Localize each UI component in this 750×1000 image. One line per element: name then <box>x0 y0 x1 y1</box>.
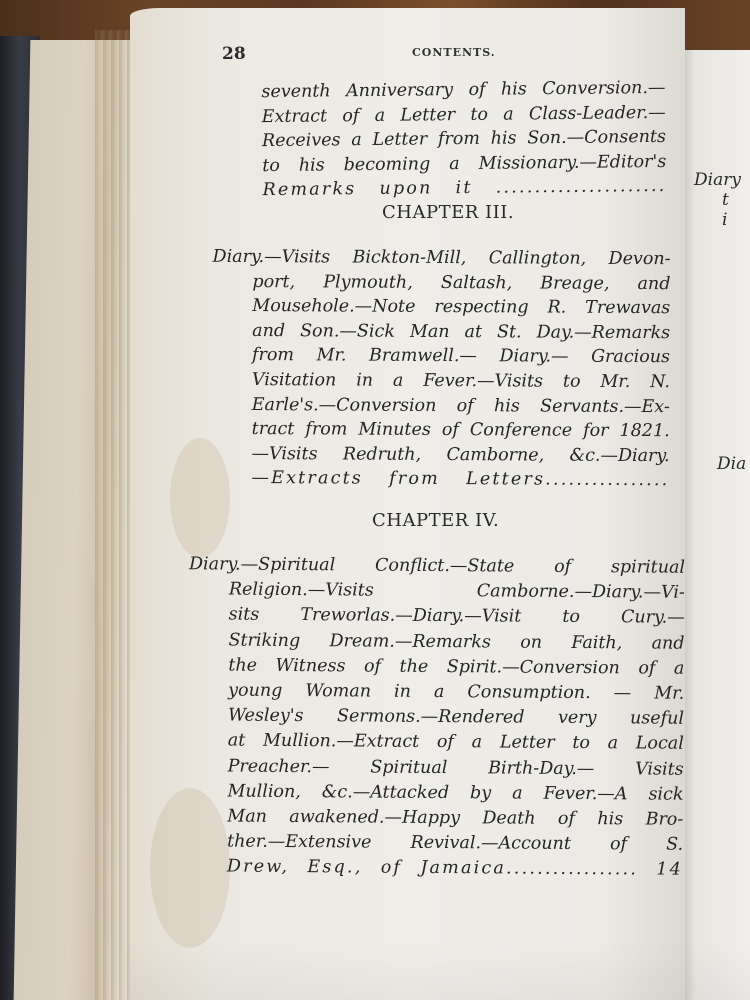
entry-line: ther.—Extensive Revival.—Account of S. <box>187 830 683 859</box>
entry-line: Remarks upon it ...................... <box>262 174 666 203</box>
entry-line: at Mullion.—Extract of a Letter to a Loc… <box>188 729 684 758</box>
right-page-fragment: i <box>722 210 727 230</box>
entry-line: Diary.—Spiritual Conflict.—State of spir… <box>189 552 685 581</box>
page-shadow <box>130 940 750 1000</box>
right-page-fragment: Dia <box>717 454 746 474</box>
chapter-entry: Diary.—Visits Bickton-Mill, Callington, … <box>211 245 670 493</box>
continuation-entry: seventh Anniversary of his Conversion.— … <box>261 76 666 203</box>
chapter-title: CHAPTER III. <box>382 202 514 223</box>
entry-line: Man awakened.—Happy Death of his Bro- <box>187 804 683 833</box>
entry-line: young Woman in a Consumption. — Mr. <box>188 678 684 707</box>
entry-line: —Visits Redruth, Camborne, &c.—Diary. <box>211 442 669 469</box>
entry-line: and Son.—Sick Man at St. Day.—Remarks <box>212 319 670 346</box>
entry-line: Earle's.—Conversion of his Servants.—Ex- <box>212 392 670 419</box>
entry-line: port, Plymouth, Saltash, Breage, and <box>212 269 670 296</box>
entry-line: Drew, Esq., of Jamaica................. … <box>187 855 683 884</box>
right-page: Diary t i Dia <box>682 50 750 1000</box>
entry-line: the Witness of the Spirit.—Conversion of… <box>188 653 684 682</box>
page-number: 28 <box>222 44 246 64</box>
entry-line: from Mr. Bramwell.— Diary.— Gracious <box>212 343 670 370</box>
right-page-fragment: Diary <box>694 170 741 190</box>
entry-line: Diary.—Visits Bickton-Mill, Callington, … <box>213 245 671 272</box>
entry-line: Mullion, &c.—Attacked by a Fever.—A sick <box>187 779 683 808</box>
page-header: 28 CONTENTS. <box>222 44 662 68</box>
entry-line: Wesley's Sermons.—Rendered very useful <box>188 703 684 732</box>
entry-line: seventh Anniversary of his Conversion.— <box>261 76 665 105</box>
entry-line: Visitation in a Fever.—Visits to Mr. N. <box>212 368 670 395</box>
entry-line: Mousehole.—Note respecting R. Trewavas <box>212 294 670 321</box>
chapter-title: CHAPTER IV. <box>372 510 499 531</box>
entry-line: Striking Dream.—Remarks on Faith, and <box>188 628 684 657</box>
running-head: CONTENTS. <box>412 46 496 59</box>
entry-line: Religion.—Visits Camborne.—Diary.—Vi- <box>189 577 685 606</box>
chapter-entry: Diary.—Spiritual Conflict.—State of spir… <box>187 552 685 883</box>
entry-line: tract from Minutes of Conference for 182… <box>212 417 670 444</box>
entry-line: Preacher.— Spiritual Birth-Day.— Visits <box>188 754 684 783</box>
entry-line: —Extracts from Letters................ <box>211 466 669 493</box>
entry-line: sits Treworlas.—Diary.—Visit to Cury.— <box>189 603 685 632</box>
right-page-fragment: t <box>722 190 729 210</box>
